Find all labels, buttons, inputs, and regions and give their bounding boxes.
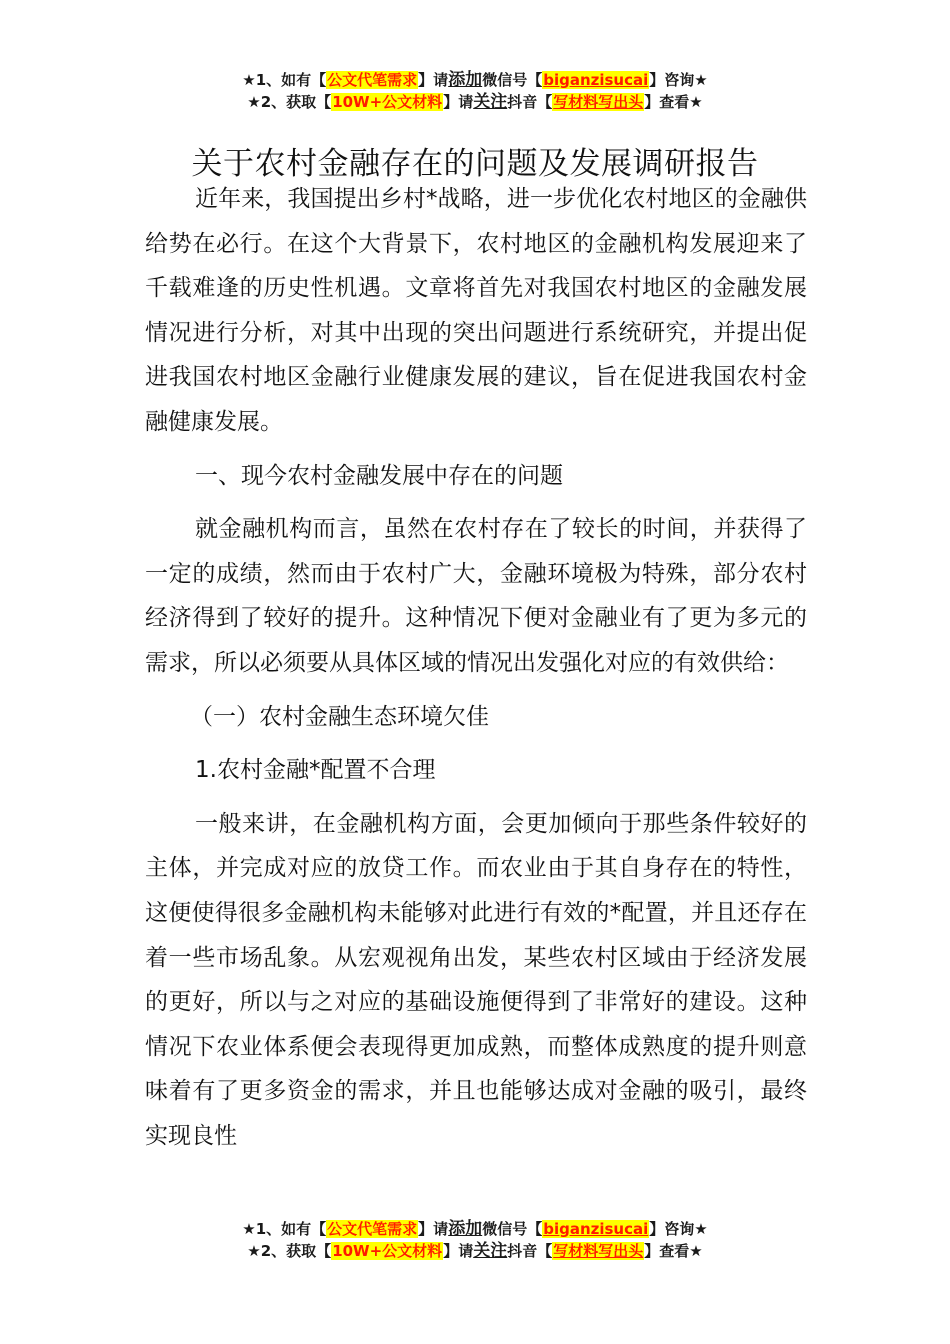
promo-underlined: 添加: [448, 70, 482, 90]
promo-underlined: 添加: [448, 1219, 482, 1239]
promo-line-2: ★2、获取【10W+公文材料】请关注抖音【写材料写出头】查看★: [0, 91, 950, 113]
promo-text: 抖音【: [507, 1242, 552, 1260]
promo-text: 抖音【: [507, 93, 552, 111]
promo-banner-top: ★1、如有【公文代笔需求】请添加微信号【biganzisucai】咨询★ ★2、…: [0, 69, 950, 113]
promo-text: 】咨询★: [649, 71, 707, 89]
body-paragraph: 就金融机构而言，虽然在农村存在了较长的时间，并获得了一定的成绩，然而由于农村广大…: [145, 507, 807, 685]
promo-text: ★1、如有【: [242, 1220, 326, 1238]
promo-wechat-id: biganzisucai: [542, 71, 649, 89]
promo-banner-bottom: ★1、如有【公文代笔需求】请添加微信号【biganzisucai】咨询★ ★2、…: [0, 1218, 950, 1262]
promo-text: 】请: [418, 1220, 448, 1238]
promo-line-1: ★1、如有【公文代笔需求】请添加微信号【biganzisucai】咨询★: [0, 1218, 950, 1240]
promo-line-2: ★2、获取【10W+公文材料】请关注抖音【写材料写出头】查看★: [0, 1240, 950, 1262]
promo-douyin-id: 写材料写出头: [552, 1242, 644, 1260]
item-heading: 1.农村金融*配置不合理: [145, 748, 807, 793]
promo-text: 】请: [443, 1242, 473, 1260]
promo-text: 】请: [418, 71, 448, 89]
promo-text: ★2、获取【: [247, 1242, 331, 1260]
promo-underlined: 关注: [473, 1241, 507, 1261]
promo-highlight: 公文代笔需求: [326, 71, 418, 89]
promo-underlined: 关注: [473, 92, 507, 112]
promo-text: 】请: [443, 93, 473, 111]
promo-text: 】查看★: [644, 1242, 702, 1260]
promo-wechat-id: biganzisucai: [542, 1220, 649, 1238]
promo-text: 】咨询★: [649, 1220, 707, 1238]
promo-text: ★1、如有【: [242, 71, 326, 89]
promo-text: 】查看★: [644, 93, 702, 111]
promo-text: 微信号【: [482, 1220, 542, 1238]
body-paragraph: 一般来讲，在金融机构方面，会更加倾向于那些条件较好的主体，并完成对应的放贷工作。…: [145, 802, 807, 1159]
subsection-heading: （一）农村金融生态环境欠佳: [145, 695, 807, 740]
promo-text: ★2、获取【: [247, 93, 331, 111]
promo-text: 微信号【: [482, 71, 542, 89]
promo-highlight: 公文代笔需求: [326, 1220, 418, 1238]
promo-highlight: 10W+公文材料: [331, 1242, 443, 1260]
intro-paragraph: 近年来，我国提出乡村*战略，进一步优化农村地区的金融供给势在必行。在这个大背景下…: [145, 177, 807, 445]
promo-douyin-id: 写材料写出头: [552, 93, 644, 111]
document-body: 近年来，我国提出乡村*战略，进一步优化农村地区的金融供给势在必行。在这个大背景下…: [145, 177, 807, 1158]
section-heading: 一、现今农村金融发展中存在的问题: [145, 454, 807, 499]
promo-highlight: 10W+公文材料: [331, 93, 443, 111]
promo-line-1: ★1、如有【公文代笔需求】请添加微信号【biganzisucai】咨询★: [0, 69, 950, 91]
